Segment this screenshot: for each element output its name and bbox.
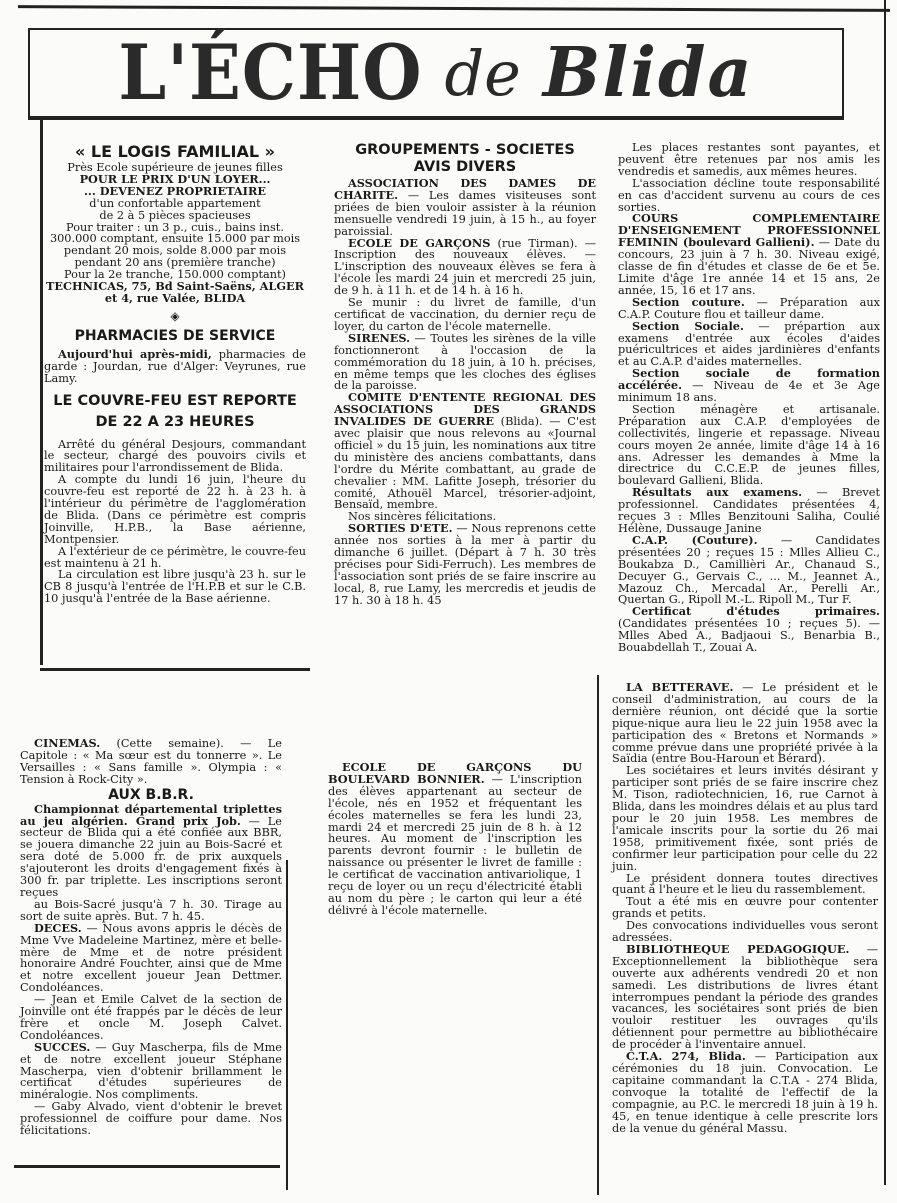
article-paragraph: SORTIES D'ETE. — Nous reprenons cette an… xyxy=(334,523,596,606)
right-top-list: Les places restantes sont payantes, et p… xyxy=(618,142,880,654)
article-paragraph: Championnat départemental triplettes au … xyxy=(20,804,282,899)
article-body: (Blida). — C'est avec plaisir que nous r… xyxy=(334,415,596,511)
column-right-bottom: LA BETTERAVE. — Le président et le conse… xyxy=(612,682,878,1134)
article-body: — Le secteur de Blida qui a été confiée … xyxy=(20,815,282,899)
ecole-bonnier-item: ECOLE DE GARÇONS DU BOULEVARD BONNIER. —… xyxy=(328,762,582,917)
ecole-bonnier-body: — L'inscription des élèves appartenant a… xyxy=(328,773,582,917)
logis-line: Pour traiter : un 3 p., cuis., bains ins… xyxy=(44,222,306,270)
article-paragraph: DECES. — Nous avons appris le décès de M… xyxy=(20,923,282,994)
article-paragraph: — Gaby Alvado, vient d'obtenir le brevet… xyxy=(20,1101,282,1137)
article-body: L'association décline toute responsabili… xyxy=(618,177,880,214)
article-body: Les sociétaires et leurs invités désiran… xyxy=(612,764,878,872)
article-paragraph: Le président donnera toutes directives q… xyxy=(612,873,878,897)
couvrefeu-subtitle: DE 22 A 23 HEURES xyxy=(44,412,306,433)
article-body: — Nous reprenons cette année nos sorties… xyxy=(334,522,596,606)
top-rule xyxy=(18,5,890,12)
column-rule-left xyxy=(40,120,43,665)
article-paragraph: Section couture. — Préparation aux C.A.P… xyxy=(618,297,880,321)
article-paragraph: Se munir : du livret de famille, d'un ce… xyxy=(334,297,596,333)
article-lead: LA BETTERAVE. xyxy=(626,680,733,694)
article-paragraph: ECOLE DE GARÇONS (rue Tirman). — Inscrip… xyxy=(334,238,596,298)
column-middle-bottom: ECOLE DE GARÇONS DU BOULEVARD BONNIER. —… xyxy=(328,762,582,917)
column-rule-right-bottom xyxy=(597,675,599,1195)
article-body: Tout a été mis en œuvre pour contenter g… xyxy=(612,895,878,920)
article-paragraph: au Bois-Sacré jusqu'à 7 h. 30. Tirage au… xyxy=(20,899,282,923)
article-paragraph: — Jean et Emile Calvet de la section de … xyxy=(20,994,282,1042)
article-body: Les places restantes sont payantes, et p… xyxy=(618,141,880,178)
article-body: — Participation aux cérémonies du 18 jui… xyxy=(612,1050,878,1134)
article-paragraph: Les places restantes sont payantes, et p… xyxy=(618,142,880,178)
logis-line: TECHNICAS, 75, Bd Saint-Saëns, ALGER et … xyxy=(44,281,306,305)
section-rule-bottom xyxy=(14,1165,280,1168)
article-paragraph: Section Sociale. — prépartion aux examen… xyxy=(618,321,880,369)
column-left-bottom: CINEMAS. (Cette semaine). — Le Capitole … xyxy=(20,738,282,1137)
column-rule-right xyxy=(884,0,886,1185)
article-paragraph: Les sociétaires et leurs invités désiran… xyxy=(612,765,878,872)
article-lead: Certificat d'études primaires. xyxy=(632,604,880,618)
article-paragraph: Des convocations individuelles vous sero… xyxy=(612,920,878,944)
article-body: Section ménagère et artisanale. Préparat… xyxy=(618,403,880,487)
article-lead: SORTIES D'ETE. xyxy=(348,521,453,535)
article-lead: Section couture. xyxy=(632,295,745,309)
article-body: Des convocations individuelles vous sero… xyxy=(612,919,878,944)
article-body: Se munir : du livret de famille, d'un ce… xyxy=(334,296,596,333)
article-paragraph: Certificat d'études primaires. (Candidat… xyxy=(618,606,880,654)
article-paragraph: SIRENES. — Toutes les sirènes de la vill… xyxy=(334,333,596,393)
groupements-subtitle: AVIS DIVERS xyxy=(334,159,596,176)
couvrefeu-paragraph: La circulation est libre jusqu'à 23 h. s… xyxy=(44,569,306,605)
article-body: — Le président et le conseil d'administr… xyxy=(612,681,878,765)
logis-line: d'un confortable appartement xyxy=(44,198,306,210)
cinemas-lead: CINEMAS. xyxy=(34,736,100,750)
cinemas-item: CINEMAS. (Cette semaine). — Le Capitole … xyxy=(20,738,282,786)
masthead-echo: L'ÉCHO xyxy=(118,28,422,118)
right-bottom-list: LA BETTERAVE. — Le président et le conse… xyxy=(612,682,878,1134)
pharmacies-text: Aujourd'hui après-midi, pharmacies de ga… xyxy=(44,349,306,385)
article-body: — Exceptionnellement la bibliothèque ser… xyxy=(612,943,878,1051)
article-paragraph: Tout a été mis en œuvre pour contenter g… xyxy=(612,896,878,920)
article-paragraph: Section sociale de formation accélérée. … xyxy=(618,368,880,404)
article-lead: SIRENES. xyxy=(348,331,410,345)
article-paragraph: ASSOCIATION DES DAMES DE CHARITE. — Les … xyxy=(334,178,596,238)
article-paragraph: L'association décline toute responsabili… xyxy=(618,178,880,214)
column-rule-left-bottom xyxy=(286,860,288,1190)
pharmacies-lead: Aujourd'hui après-midi, xyxy=(58,347,212,361)
column-left-top: « LE LOGIS FAMILIAL » Près Ecole supérie… xyxy=(44,142,306,605)
article-paragraph: COURS COMPLEMENTAIRE D'ENSEIGNEMENT PROF… xyxy=(618,213,880,296)
article-lead: BIBLIOTHEQUE PEDAGOGIQUE. xyxy=(626,942,849,956)
article-paragraph: Résultats aux examens. — Brevet professi… xyxy=(618,487,880,535)
article-lead: DECES. xyxy=(34,921,82,935)
logis-line: de 2 à 5 pièces spacieuses xyxy=(44,210,306,222)
article-paragraph: SUCCES. — Guy Mascherpa, fils de Mme et … xyxy=(20,1042,282,1102)
pharmacies-title: PHARMACIES DE SERVICE xyxy=(44,327,306,345)
groupements-list: ASSOCIATION DES DAMES DE CHARITE. — Les … xyxy=(334,178,596,607)
article-paragraph: BIBLIOTHEQUE PEDAGOGIQUE. — Exceptionnel… xyxy=(612,944,878,1051)
article-paragraph: LA BETTERAVE. — Le président et le conse… xyxy=(612,682,878,765)
logis-line: ... DEVENEZ PROPRIETAIRE xyxy=(44,186,306,198)
article-paragraph: C.T.A. 274, Blida. — Participation aux c… xyxy=(612,1051,878,1134)
couvrefeu-paragraph: A l'extérieur de ce périmètre, le couvre… xyxy=(44,546,306,570)
couvrefeu-title: LE COUVRE-FEU EST REPORTE xyxy=(44,391,306,412)
masthead-de: de xyxy=(444,37,520,110)
article-lead: Section Sociale. xyxy=(632,319,744,333)
article-lead: Résultats aux examens. xyxy=(632,485,802,499)
article-lead: C.T.A. 274, Blida. xyxy=(626,1049,746,1063)
article-paragraph: C.A.P. (Couture). — Candidates présentée… xyxy=(618,535,880,606)
article-lead: C.A.P. (Couture). xyxy=(632,533,758,547)
left-bottom-list: Championnat départemental triplettes au … xyxy=(20,804,282,1137)
masthead: L'ÉCHO de Blida xyxy=(28,28,844,120)
section-rule-left xyxy=(40,668,310,671)
logis-title: « LE LOGIS FAMILIAL » xyxy=(44,142,306,162)
column-right-top: Les places restantes sont payantes, et p… xyxy=(618,142,880,654)
column-middle-top: GROUPEMENTS - SOCIETES AVIS DIVERS ASSOC… xyxy=(334,142,596,607)
article-lead: ECOLE DE GARÇONS xyxy=(348,236,490,250)
article-body: Le président donnera toutes directives q… xyxy=(612,872,878,897)
article-body: au Bois-Sacré jusqu'à 7 h. 30. Tirage au… xyxy=(20,898,282,923)
groupements-title: GROUPEMENTS - SOCIETES xyxy=(334,142,596,159)
article-lead: SUCCES. xyxy=(34,1040,90,1054)
article-body: — Jean et Emile Calvet de la section de … xyxy=(20,993,282,1042)
couvrefeu-paragraph: Arrêté du général Desjours, commandant l… xyxy=(44,439,306,475)
diamond-ornament-icon: ◈ xyxy=(44,311,306,323)
article-paragraph: Section ménagère et artisanale. Préparat… xyxy=(618,404,880,487)
article-paragraph: COMITE D'ENTENTE REGIONAL DES ASSOCIATIO… xyxy=(334,392,596,511)
masthead-blida: Blida xyxy=(543,33,754,113)
article-body: (Candidates présentées 10 ; reçues 5). —… xyxy=(618,617,880,654)
article-body: — Gaby Alvado, vient d'obtenir le brevet… xyxy=(20,1100,282,1137)
couvrefeu-paragraph: A compte du lundi 16 juin, l'heure du co… xyxy=(44,474,306,545)
